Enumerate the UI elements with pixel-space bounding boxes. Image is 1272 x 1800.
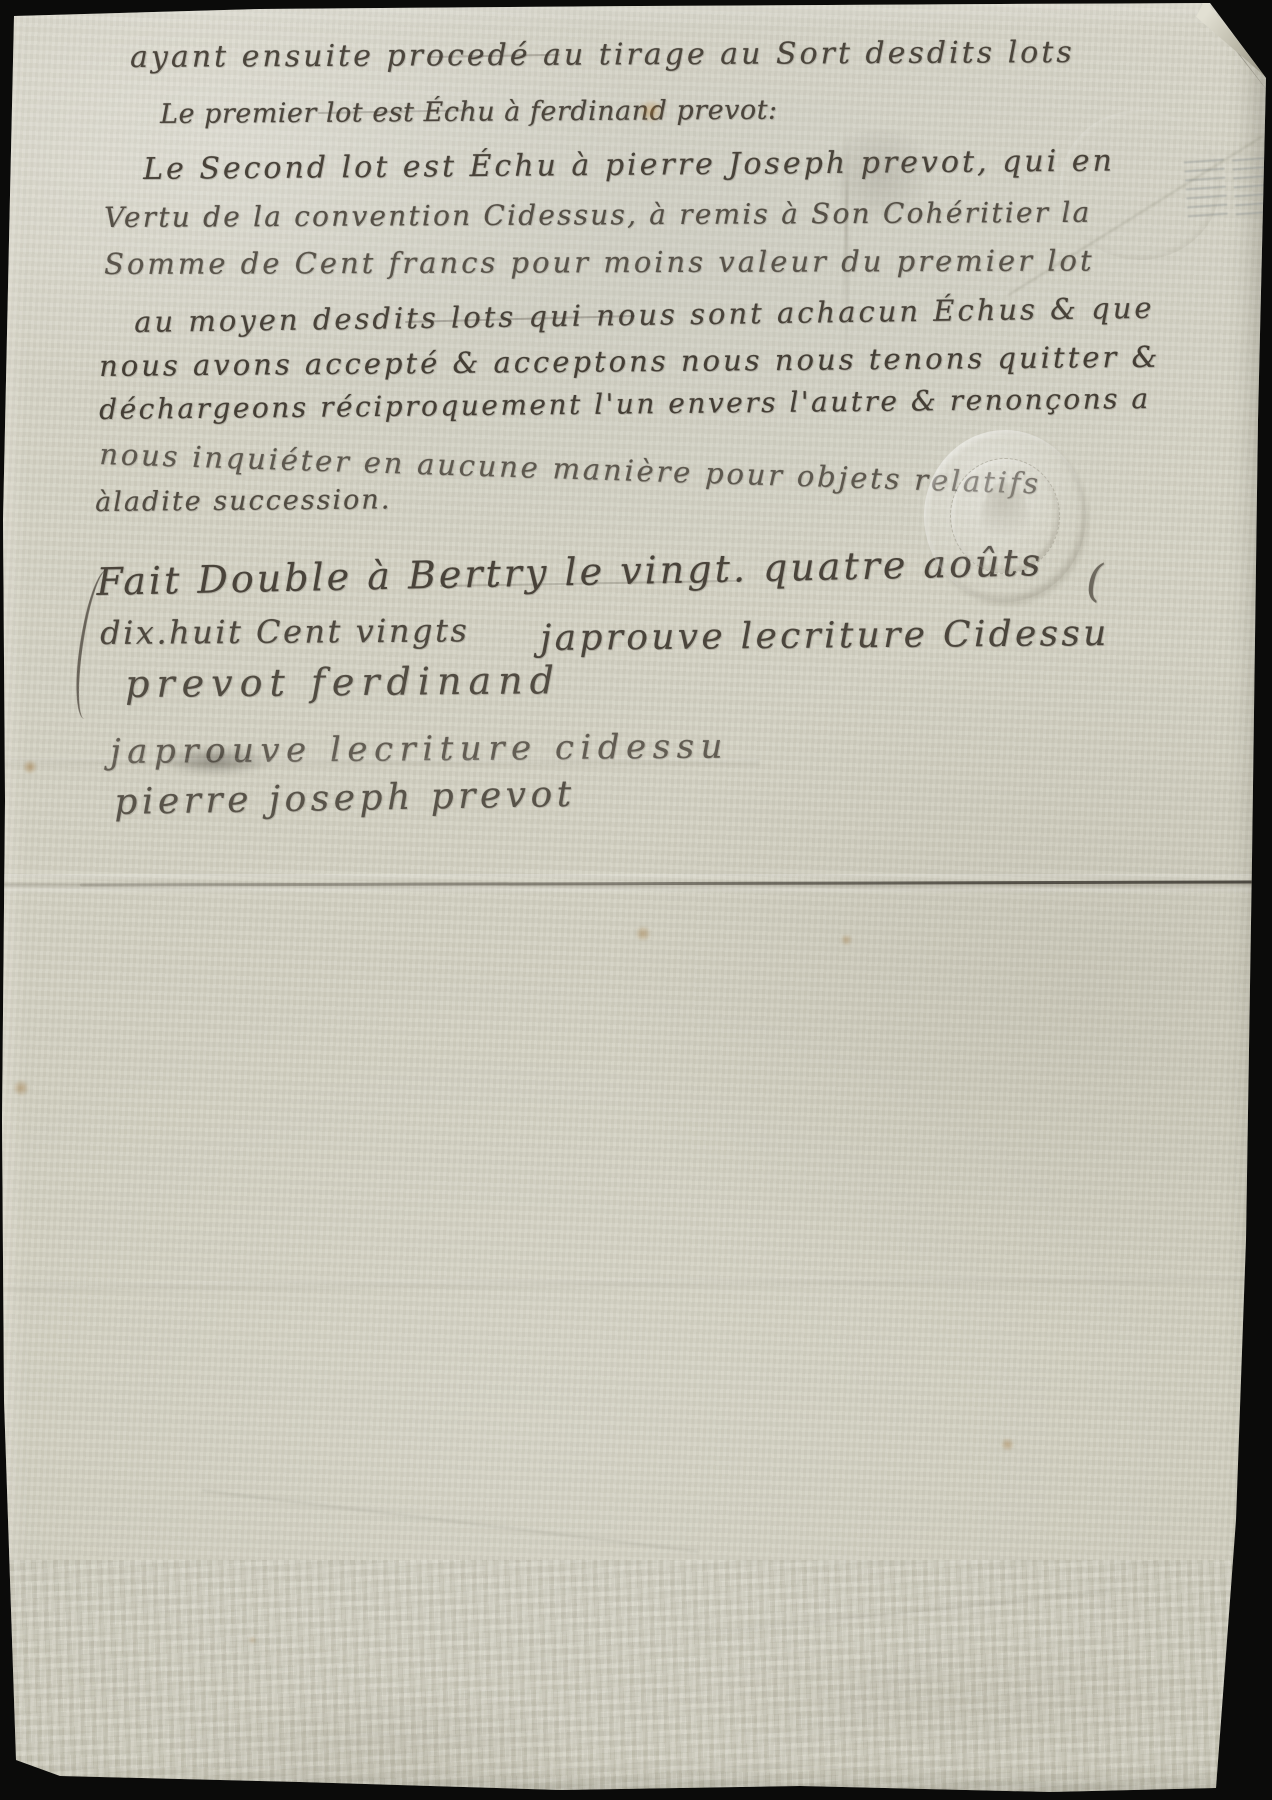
fold-crease — [0, 874, 1272, 894]
foxing-spot — [634, 926, 652, 941]
handwritten-line: dix.huit Cent vingts — [100, 611, 469, 652]
foxing-spot — [1000, 1438, 1015, 1451]
handwritten-line: àladite succession. — [95, 484, 391, 518]
handwritten-line: au moyen desdits lots qui nous sont acha… — [134, 291, 1155, 339]
embossed-seal — [924, 430, 1086, 602]
handwritten-line: prevot ferdinand — [125, 658, 561, 706]
fold-crease-line — [80, 880, 1272, 886]
handwritten-line: ayant ensuite procedé au tirage au Sort … — [130, 35, 1075, 75]
paper-bottom-texture — [0, 1560, 1272, 1792]
handwritten-line: Somme de Cent francs pour moins valeur d… — [104, 244, 1095, 281]
handwritten-line: Le premier lot est Échu à ferdinand prev… — [160, 95, 778, 130]
scanned-document: ayant ensuite procedé au tirage au Sort … — [0, 0, 1272, 1800]
ink-smudge — [158, 746, 273, 776]
foxing-spot — [840, 934, 853, 946]
handwritten-line: Fait Double à Bertry le vingt. quatre ao… — [96, 540, 1044, 604]
corner-fold-icon — [1196, 0, 1270, 84]
handwritten-line: nous avons accepté & acceptons nous nous… — [99, 340, 1160, 383]
fold-crease-faint — [0, 1274, 1272, 1295]
foxing-spot — [22, 760, 38, 774]
handwritten-line: pierre joseph prevot — [114, 774, 576, 823]
diagonal-crease — [202, 1490, 699, 1553]
handwritten-line: Le Second lot est Échu à pierre Joseph p… — [143, 144, 1115, 187]
handwritten-line: déchargeons réciproquement l'un envers l… — [99, 382, 1151, 426]
handwritten-edge-mark: ( — [1086, 556, 1103, 607]
foxing-spot — [12, 1080, 30, 1096]
handwritten-line: Vertu de la convention Cidessus, à remis… — [104, 196, 1092, 234]
embossed-stamp-icon — [1232, 157, 1272, 220]
handwritten-line: japrouve lecriture Cidessu — [540, 613, 1110, 659]
embossed-stamp-icon — [1184, 159, 1228, 222]
manuscript-page: ayant ensuite procedé au tirage au Sort … — [0, 0, 1272, 1800]
embossed-seal-figure — [982, 482, 1028, 548]
